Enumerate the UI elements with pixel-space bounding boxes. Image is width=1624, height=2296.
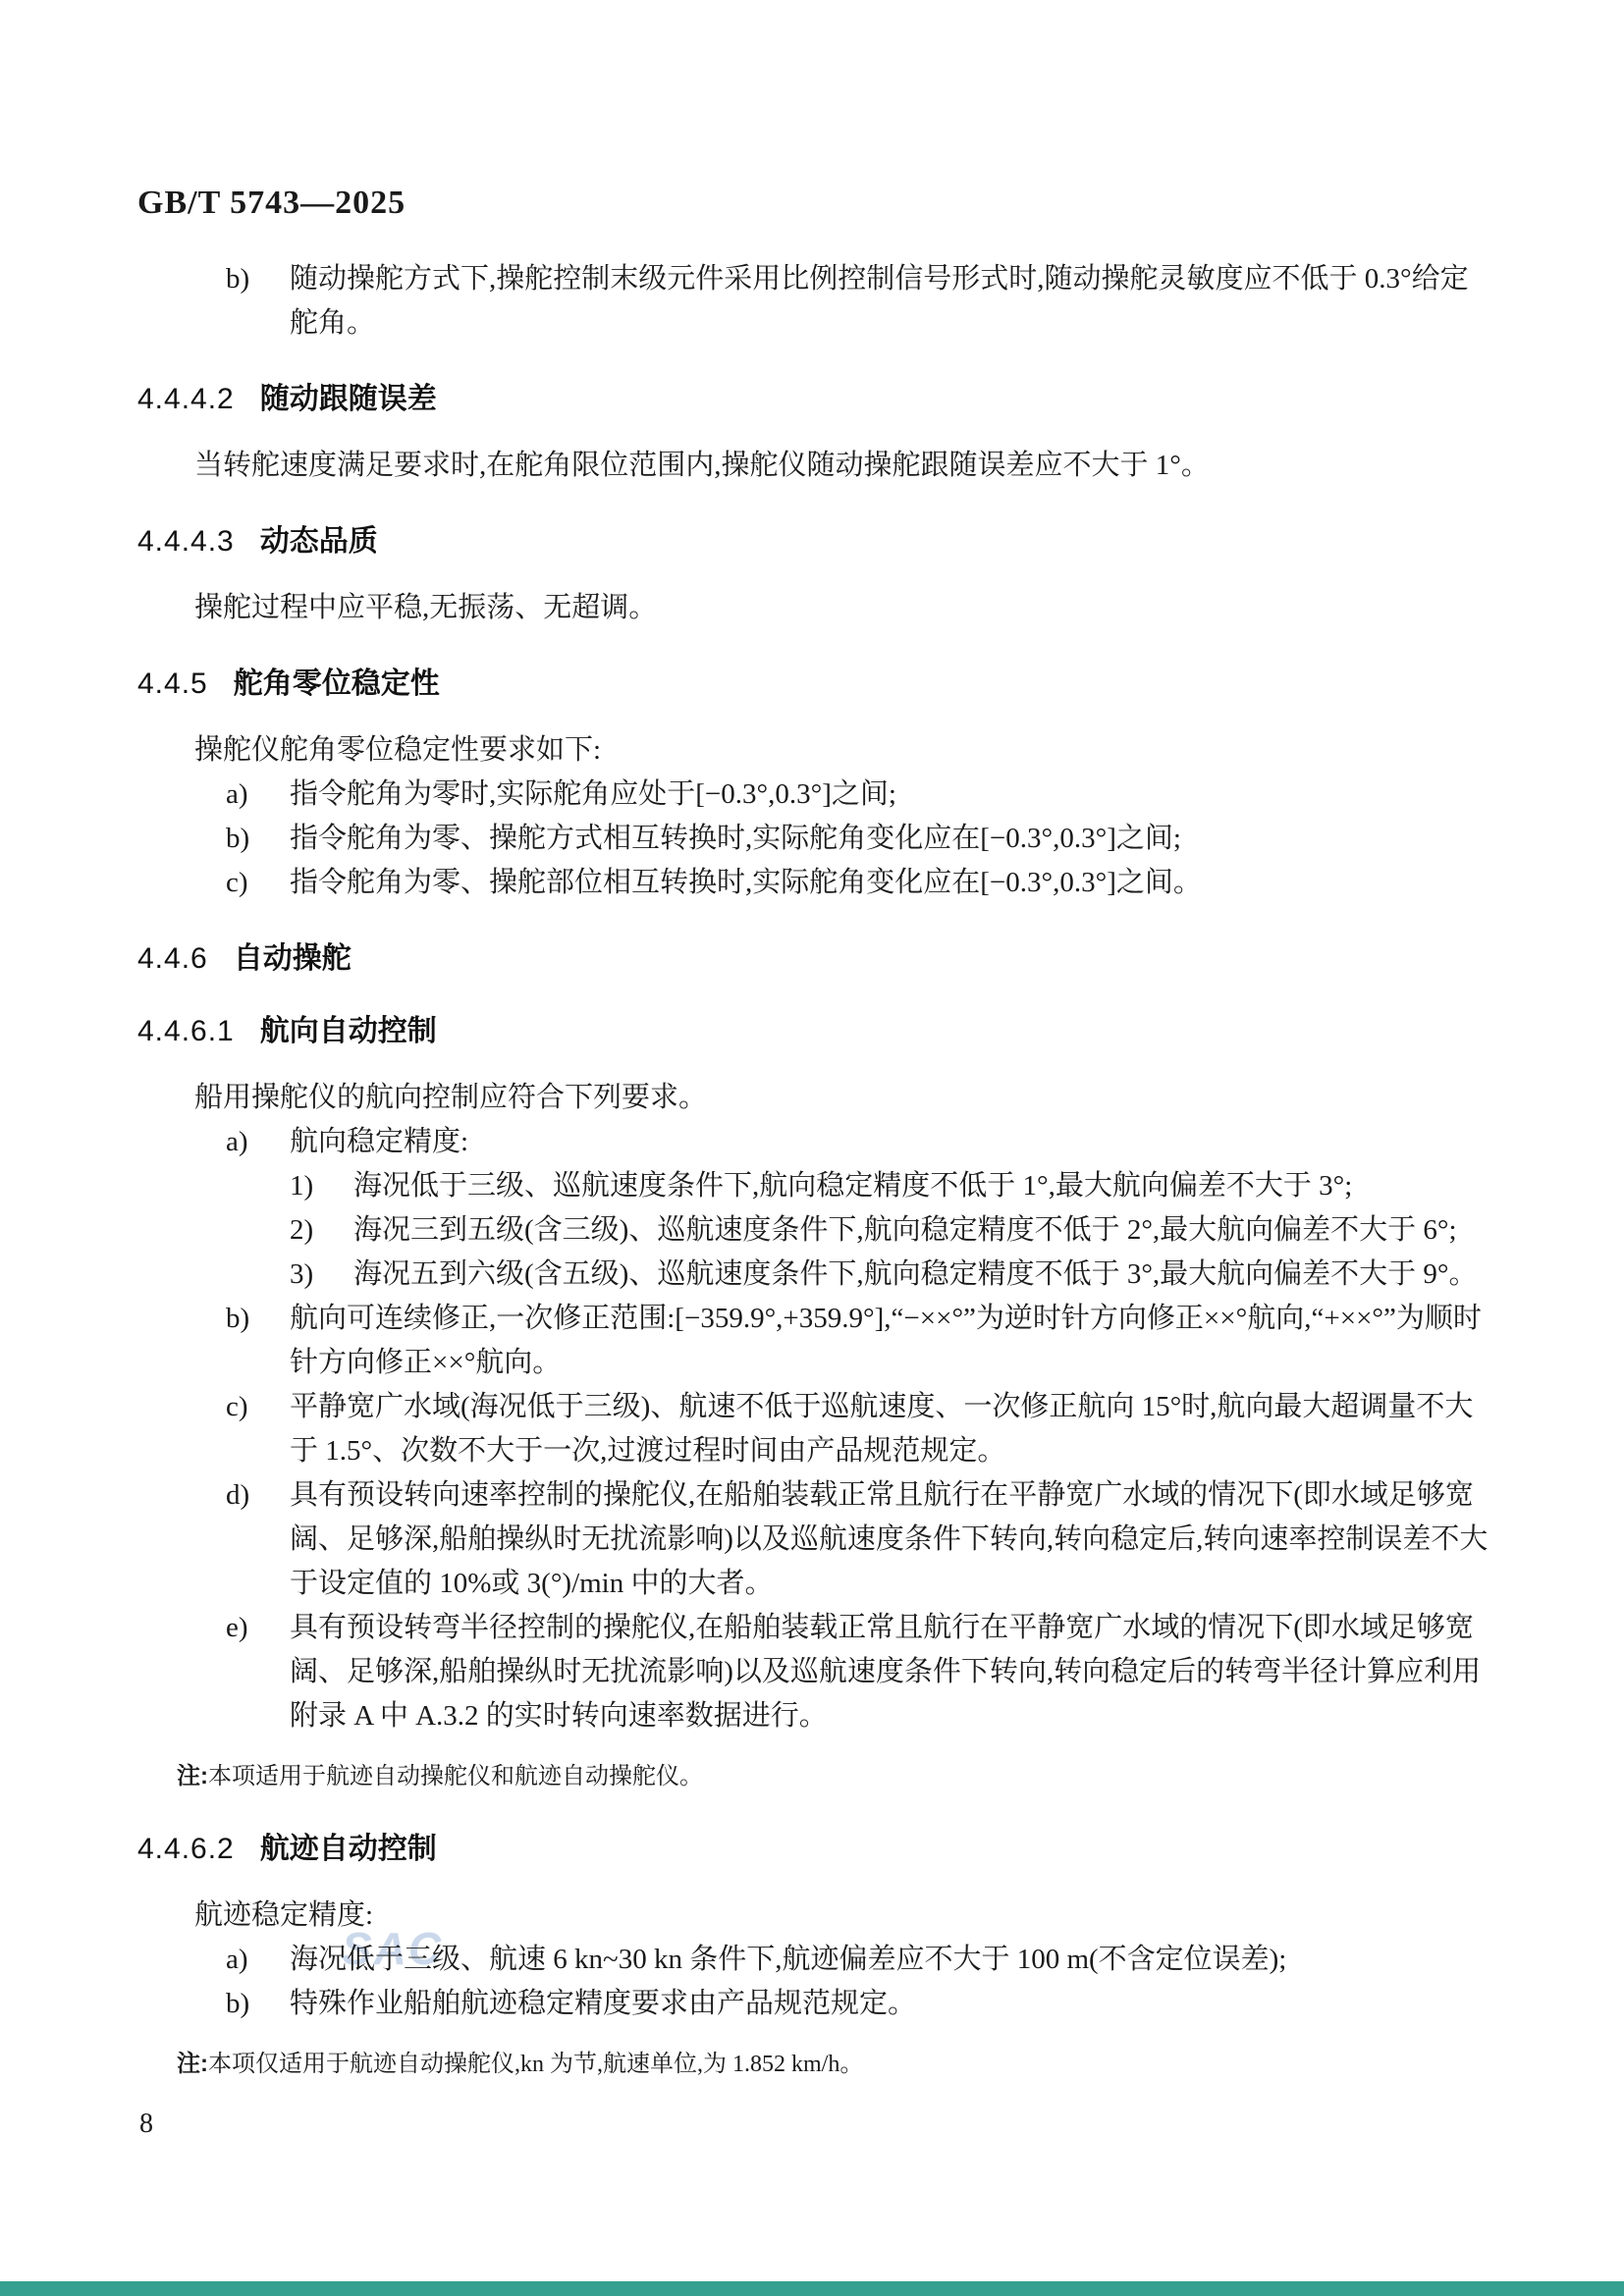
list-item: d)具有预设转向速率控制的操舵仪,在船舶装载正常且航行在平静宽广水域的情况下(即… (137, 1473, 1494, 1606)
list-item: c)平静宽广水域(海况低于三级)、航速不低于巡航速度、一次修正航向 15°时,航… (137, 1385, 1494, 1473)
item-text: 平静宽广水域(海况低于三级)、航速不低于巡航速度、一次修正航向 15°时,航向最… (290, 1391, 1473, 1467)
heading-number: 4.4.6.2 (137, 1833, 235, 1865)
section-heading: 4.4.6.1航向自动控制 (137, 1013, 1494, 1050)
standard-number: GB/T 5743—2025 (137, 185, 406, 222)
paragraph: 船用操舵仪的航向控制应符合下列要求。 (137, 1076, 1494, 1120)
heading-number: 4.4.4.3 (137, 525, 235, 558)
item-label: c) (226, 861, 248, 905)
section-heading: 4.4.6.2航迹自动控制 (137, 1831, 1494, 1868)
item-text: 具有预设转弯半径控制的操舵仪,在船舶装载正常且航行在平静宽广水域的情况下(即水域… (290, 1612, 1481, 1732)
item-text: 具有预设转向速率控制的操舵仪,在船舶装载正常且航行在平静宽广水域的情况下(即水域… (290, 1479, 1488, 1599)
paragraph: 当转舵速度满足要求时,在舵角限位范围内,操舵仪随动操舵跟随误差应不大于 1°。 (137, 444, 1494, 488)
heading-title: 航迹自动控制 (260, 1833, 437, 1865)
item-text: 海况三到五级(含三级)、巡航速度条件下,航向稳定精度不低于 2°,最大航向偏差不… (353, 1214, 1457, 1246)
heading-number: 4.4.6 (137, 942, 208, 975)
item-label: a) (226, 773, 248, 817)
heading-title: 随动跟随误差 (260, 383, 437, 415)
item-text: 指令舵角为零、操舵方式相互转换时,实际舵角变化应在[−0.3°,0.3°]之间; (290, 823, 1181, 854)
sub-list-item: 3)海况五到六级(含五级)、巡航速度条件下,航向稳定精度不低于 3°,最大航向偏… (137, 1253, 1494, 1297)
paragraph: 操舵过程中应平稳,无振荡、无超调。 (137, 586, 1494, 630)
item-text: 海况五到六级(含五级)、巡航速度条件下,航向稳定精度不低于 3°,最大航向偏差不… (353, 1258, 1478, 1290)
list-item: b)特殊作业船舶航迹稳定精度要求由产品规范规定。 (137, 1982, 1494, 2026)
note-label: 注: (177, 1763, 208, 1789)
item-label: d) (226, 1473, 249, 1518)
item-label: 2) (290, 1208, 313, 1253)
item-text: 指令舵角为零时,实际舵角应处于[−0.3°,0.3°]之间; (290, 778, 896, 810)
item-text: 海况低于三级、航速 6 kn~30 kn 条件下,航迹偏差应不大于 100 m(… (290, 1944, 1286, 1975)
list-item: b)航向可连续修正,一次修正范围:[−359.9°,+359.9°],“−××°… (137, 1297, 1494, 1385)
heading-title: 舵角零位稳定性 (234, 667, 440, 700)
list-item: c)指令舵角为零、操舵部位相互转换时,实际舵角变化应在[−0.3°,0.3°]之… (137, 861, 1494, 905)
heading-title: 自动操舵 (234, 942, 352, 975)
list-item: b)指令舵角为零、操舵方式相互转换时,实际舵角变化应在[−0.3°,0.3°]之… (137, 817, 1494, 861)
paragraph: 操舵仪舵角零位稳定性要求如下: (137, 728, 1494, 773)
section-heading: 4.4.6自动操舵 (137, 940, 1494, 978)
item-label: b) (226, 1297, 249, 1341)
list-item: a)海况低于三级、航速 6 kn~30 kn 条件下,航迹偏差应不大于 100 … (137, 1938, 1494, 1982)
list-item: a)指令舵角为零时,实际舵角应处于[−0.3°,0.3°]之间; (137, 773, 1494, 817)
document-page: GB/T 5743—2025 SAC b)随动操舵方式下,操舵控制末级元件采用比… (0, 0, 1624, 2296)
item-label: b) (226, 257, 249, 301)
item-label: a) (226, 1120, 248, 1164)
item-label: 3) (290, 1253, 313, 1297)
document-content: b)随动操舵方式下,操舵控制末级元件采用比例控制信号形式时,随动操舵灵敏度应不低… (137, 257, 1494, 2087)
item-label: c) (226, 1385, 248, 1429)
item-text: 航向可连续修正,一次修正范围:[−359.9°,+359.9°],“−××°”为… (290, 1303, 1482, 1378)
section-heading: 4.4.4.2随动跟随误差 (137, 381, 1494, 418)
note-label: 注: (177, 2051, 208, 2077)
note: 注:本项适用于航迹自动操舵仪和航迹自动操舵仪。 (177, 1758, 1494, 1795)
footer-accent-bar (0, 2281, 1624, 2296)
item-label: e) (226, 1606, 248, 1650)
item-text: 指令舵角为零、操舵部位相互转换时,实际舵角变化应在[−0.3°,0.3°]之间。 (290, 867, 1202, 898)
section-heading: 4.4.5舵角零位稳定性 (137, 666, 1494, 703)
item-text: 航向稳定精度: (290, 1126, 468, 1157)
item-label: a) (226, 1938, 248, 1982)
list-item: b)随动操舵方式下,操舵控制末级元件采用比例控制信号形式时,随动操舵灵敏度应不低… (137, 257, 1494, 346)
sub-list-item: 2)海况三到五级(含三级)、巡航速度条件下,航向稳定精度不低于 2°,最大航向偏… (137, 1208, 1494, 1253)
item-label: b) (226, 817, 249, 861)
section-heading: 4.4.4.3动态品质 (137, 523, 1494, 561)
item-text: 特殊作业船舶航迹稳定精度要求由产品规范规定。 (290, 1988, 916, 2019)
heading-number: 4.4.5 (137, 667, 208, 700)
heading-number: 4.4.6.1 (137, 1015, 235, 1047)
item-text: 随动操舵方式下,操舵控制末级元件采用比例控制信号形式时,随动操舵灵敏度应不低于 … (290, 263, 1469, 339)
heading-title: 动态品质 (260, 525, 378, 558)
page-number: 8 (139, 2109, 153, 2140)
paragraph: 航迹稳定精度: (137, 1894, 1494, 1938)
note-text: 本项适用于航迹自动操舵仪和航迹自动操舵仪。 (208, 1764, 703, 1789)
sub-list-item: 1)海况低于三级、巡航速度条件下,航向稳定精度不低于 1°,最大航向偏差不大于 … (137, 1164, 1494, 1208)
item-label: 1) (290, 1164, 313, 1208)
list-item: e)具有预设转弯半径控制的操舵仪,在船舶装载正常且航行在平静宽广水域的情况下(即… (137, 1606, 1494, 1738)
item-text: 海况低于三级、巡航速度条件下,航向稳定精度不低于 1°,最大航向偏差不大于 3°… (353, 1170, 1352, 1201)
heading-number: 4.4.4.2 (137, 383, 235, 415)
note: 注:本项仅适用于航迹自动操舵仪,kn 为节,航速单位,为 1.852 km/h。 (177, 2046, 1494, 2083)
list-item: a)航向稳定精度: (137, 1120, 1494, 1164)
item-label: b) (226, 1982, 249, 2026)
note-text: 本项仅适用于航迹自动操舵仪,kn 为节,航速单位,为 1.852 km/h。 (208, 2052, 863, 2077)
heading-title: 航向自动控制 (260, 1015, 437, 1047)
